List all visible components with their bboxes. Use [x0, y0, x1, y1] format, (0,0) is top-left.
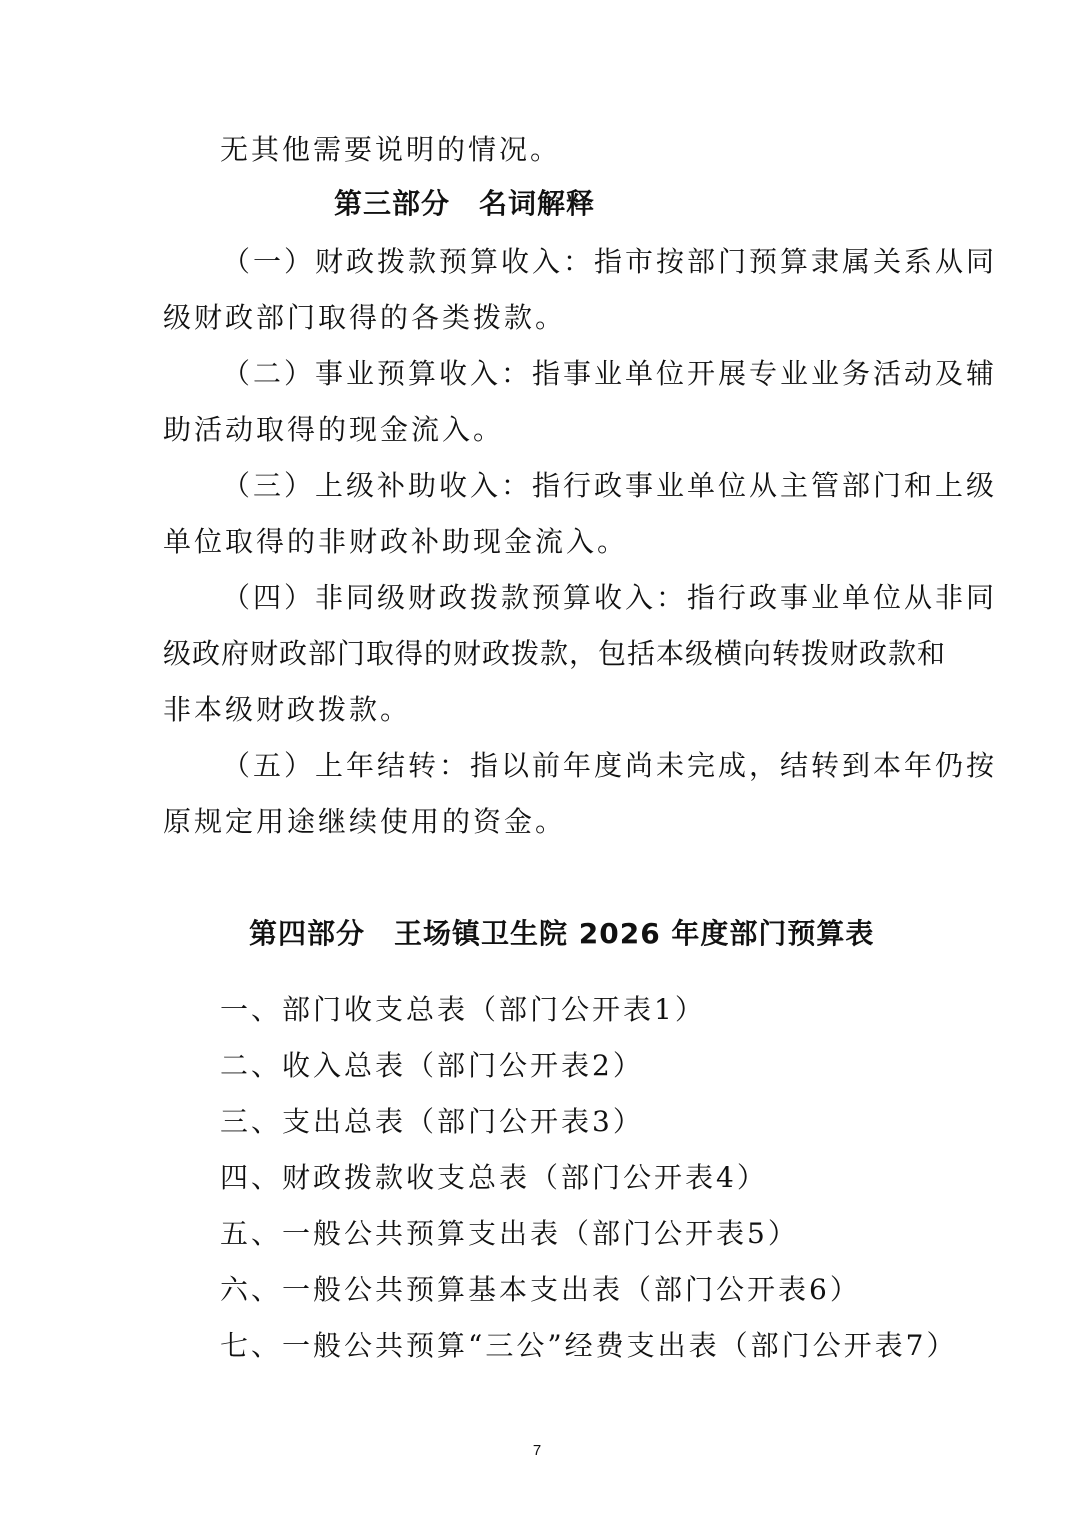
- page-number: 7: [0, 1442, 1074, 1459]
- intro-text: 无其他需要说明的情况。: [220, 136, 561, 164]
- term-3-line1: （三）上级补助收入：指行政事业单位从主管部门和上级: [222, 472, 997, 500]
- term-3-line2: 单位取得的非财政补助现金流入。: [163, 528, 628, 556]
- table-list-item-2: 二、收入总表（部门公开表2）: [220, 1052, 644, 1080]
- term-4-line1: （四）非同级财政拨款预算收入：指行政事业单位从非同: [222, 584, 997, 612]
- part4-title: 第四部分 王场镇卫生院 2026 年度部门预算表: [249, 920, 874, 948]
- table-list-item-7: 七、一般公共预算“三公”经费支出表（部门公开表7）: [220, 1332, 957, 1360]
- term-2-line2: 助活动取得的现金流入。: [163, 416, 504, 444]
- term-5-line1: （五）上年结转：指以前年度尚未完成，结转到本年仍按: [222, 752, 997, 780]
- table-list-item-6: 六、一般公共预算基本支出表（部门公开表6）: [220, 1276, 861, 1304]
- table-list-item-3: 三、支出总表（部门公开表3）: [220, 1108, 644, 1136]
- part3-title: 第三部分 名词解释: [334, 190, 595, 218]
- term-2-line1: （二）事业预算收入：指事业单位开展专业业务活动及辅: [222, 360, 997, 388]
- table-list-item-4: 四、财政拨款收支总表（部门公开表4）: [220, 1164, 768, 1192]
- term-1-line2: 级财政部门取得的各类拨款。: [163, 304, 566, 332]
- term-5-line2: 原规定用途继续使用的资金。: [163, 808, 566, 836]
- term-1-line1: （一）财政拨款预算收入：指市按部门预算隶属关系从同: [222, 248, 997, 276]
- table-list-item-1: 一、部门收支总表（部门公开表1）: [220, 996, 706, 1024]
- table-list-item-5: 五、一般公共预算支出表（部门公开表5）: [220, 1220, 799, 1248]
- term-4-line2: 级政府财政部门取得的财政拨款，包括本级横向转拨财政款和: [163, 640, 946, 668]
- term-4-line3: 非本级财政拨款。: [163, 696, 411, 724]
